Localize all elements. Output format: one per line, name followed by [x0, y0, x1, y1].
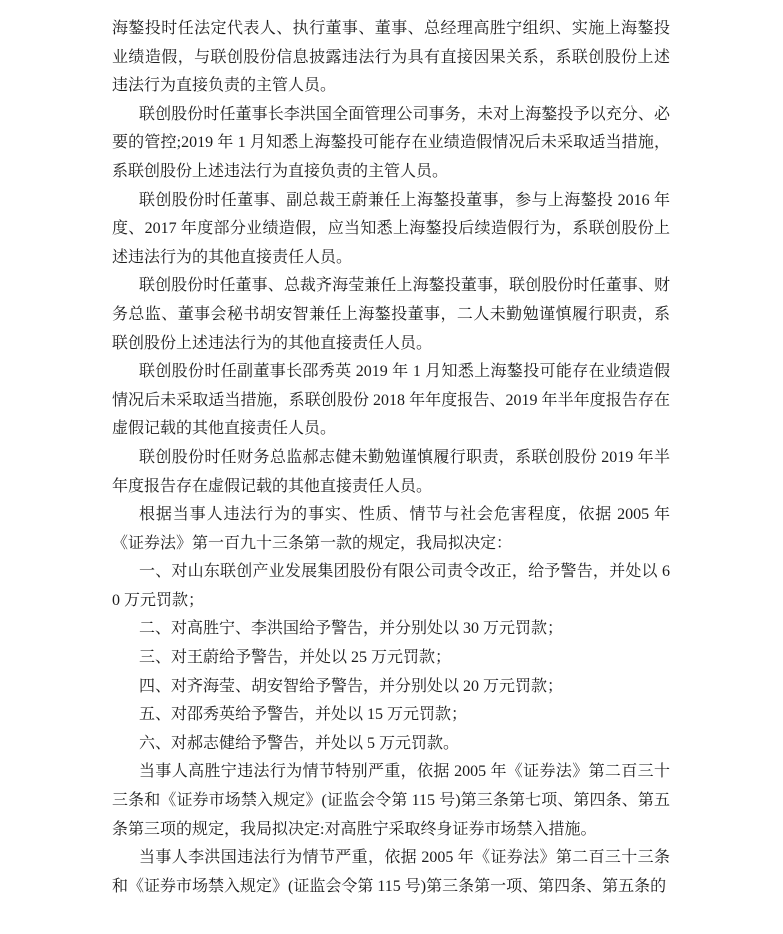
document-page: 海鏊投时任法定代表人、执行董事、董事、总经理高胜宁组织、实施上海鏊投业绩造假，与…	[0, 0, 783, 934]
doc-paragraph: 联创股份时任董事长李洪国全面管理公司事务，未对上海鏊投予以充分、必要的管控;20…	[112, 101, 670, 187]
doc-decision-item: 二、对高胜宁、李洪国给予警告，并分别处以 30 万元罚款；	[112, 615, 670, 644]
doc-decision-item: 三、对王蔚给予警告，并处以 25 万元罚款；	[112, 644, 670, 673]
doc-paragraph: 海鏊投时任法定代表人、执行董事、董事、总经理高胜宁组织、实施上海鏊投业绩造假，与…	[112, 15, 670, 101]
doc-paragraph: 联创股份时任董事、总裁齐海莹兼任上海鏊投董事，联创股份时任董事、财务总监、董事会…	[112, 272, 670, 358]
doc-decision-item: 六、对郝志健给予警告，并处以 5 万元罚款。	[112, 730, 670, 759]
doc-paragraph: 根据当事人违法行为的事实、性质、情节与社会危害程度，依据 2005 年《证券法》…	[112, 501, 670, 558]
doc-paragraph: 联创股份时任财务总监郝志健未勤勉谨慎履行职责，系联创股份 2019 年半年度报告…	[112, 444, 670, 501]
doc-decision-item: 四、对齐海莹、胡安智给予警告，并分别处以 20 万元罚款；	[112, 673, 670, 702]
doc-decision-item: 五、对邵秀英给予警告，并处以 15 万元罚款；	[112, 701, 670, 730]
doc-paragraph: 联创股份时任副董事长邵秀英 2019 年 1 月知悉上海鏊投可能存在业绩造假情况…	[112, 358, 670, 444]
doc-decision-item: 一、对山东联创产业发展集团股份有限公司责令改正，给予警告，并处以 60 万元罚款…	[112, 558, 670, 615]
doc-paragraph: 当事人李洪国违法行为情节严重，依据 2005 年《证券法》第二百三十三条和《证券…	[112, 844, 670, 901]
doc-paragraph: 当事人高胜宁违法行为情节特别严重，依据 2005 年《证券法》第二百三十三条和《…	[112, 758, 670, 844]
doc-paragraph: 联创股份时任董事、副总裁王蔚兼任上海鏊投董事，参与上海鏊投 2016 年度、20…	[112, 187, 670, 273]
document-text-block: 海鏊投时任法定代表人、执行董事、董事、总经理高胜宁组织、实施上海鏊投业绩造假，与…	[112, 15, 670, 901]
